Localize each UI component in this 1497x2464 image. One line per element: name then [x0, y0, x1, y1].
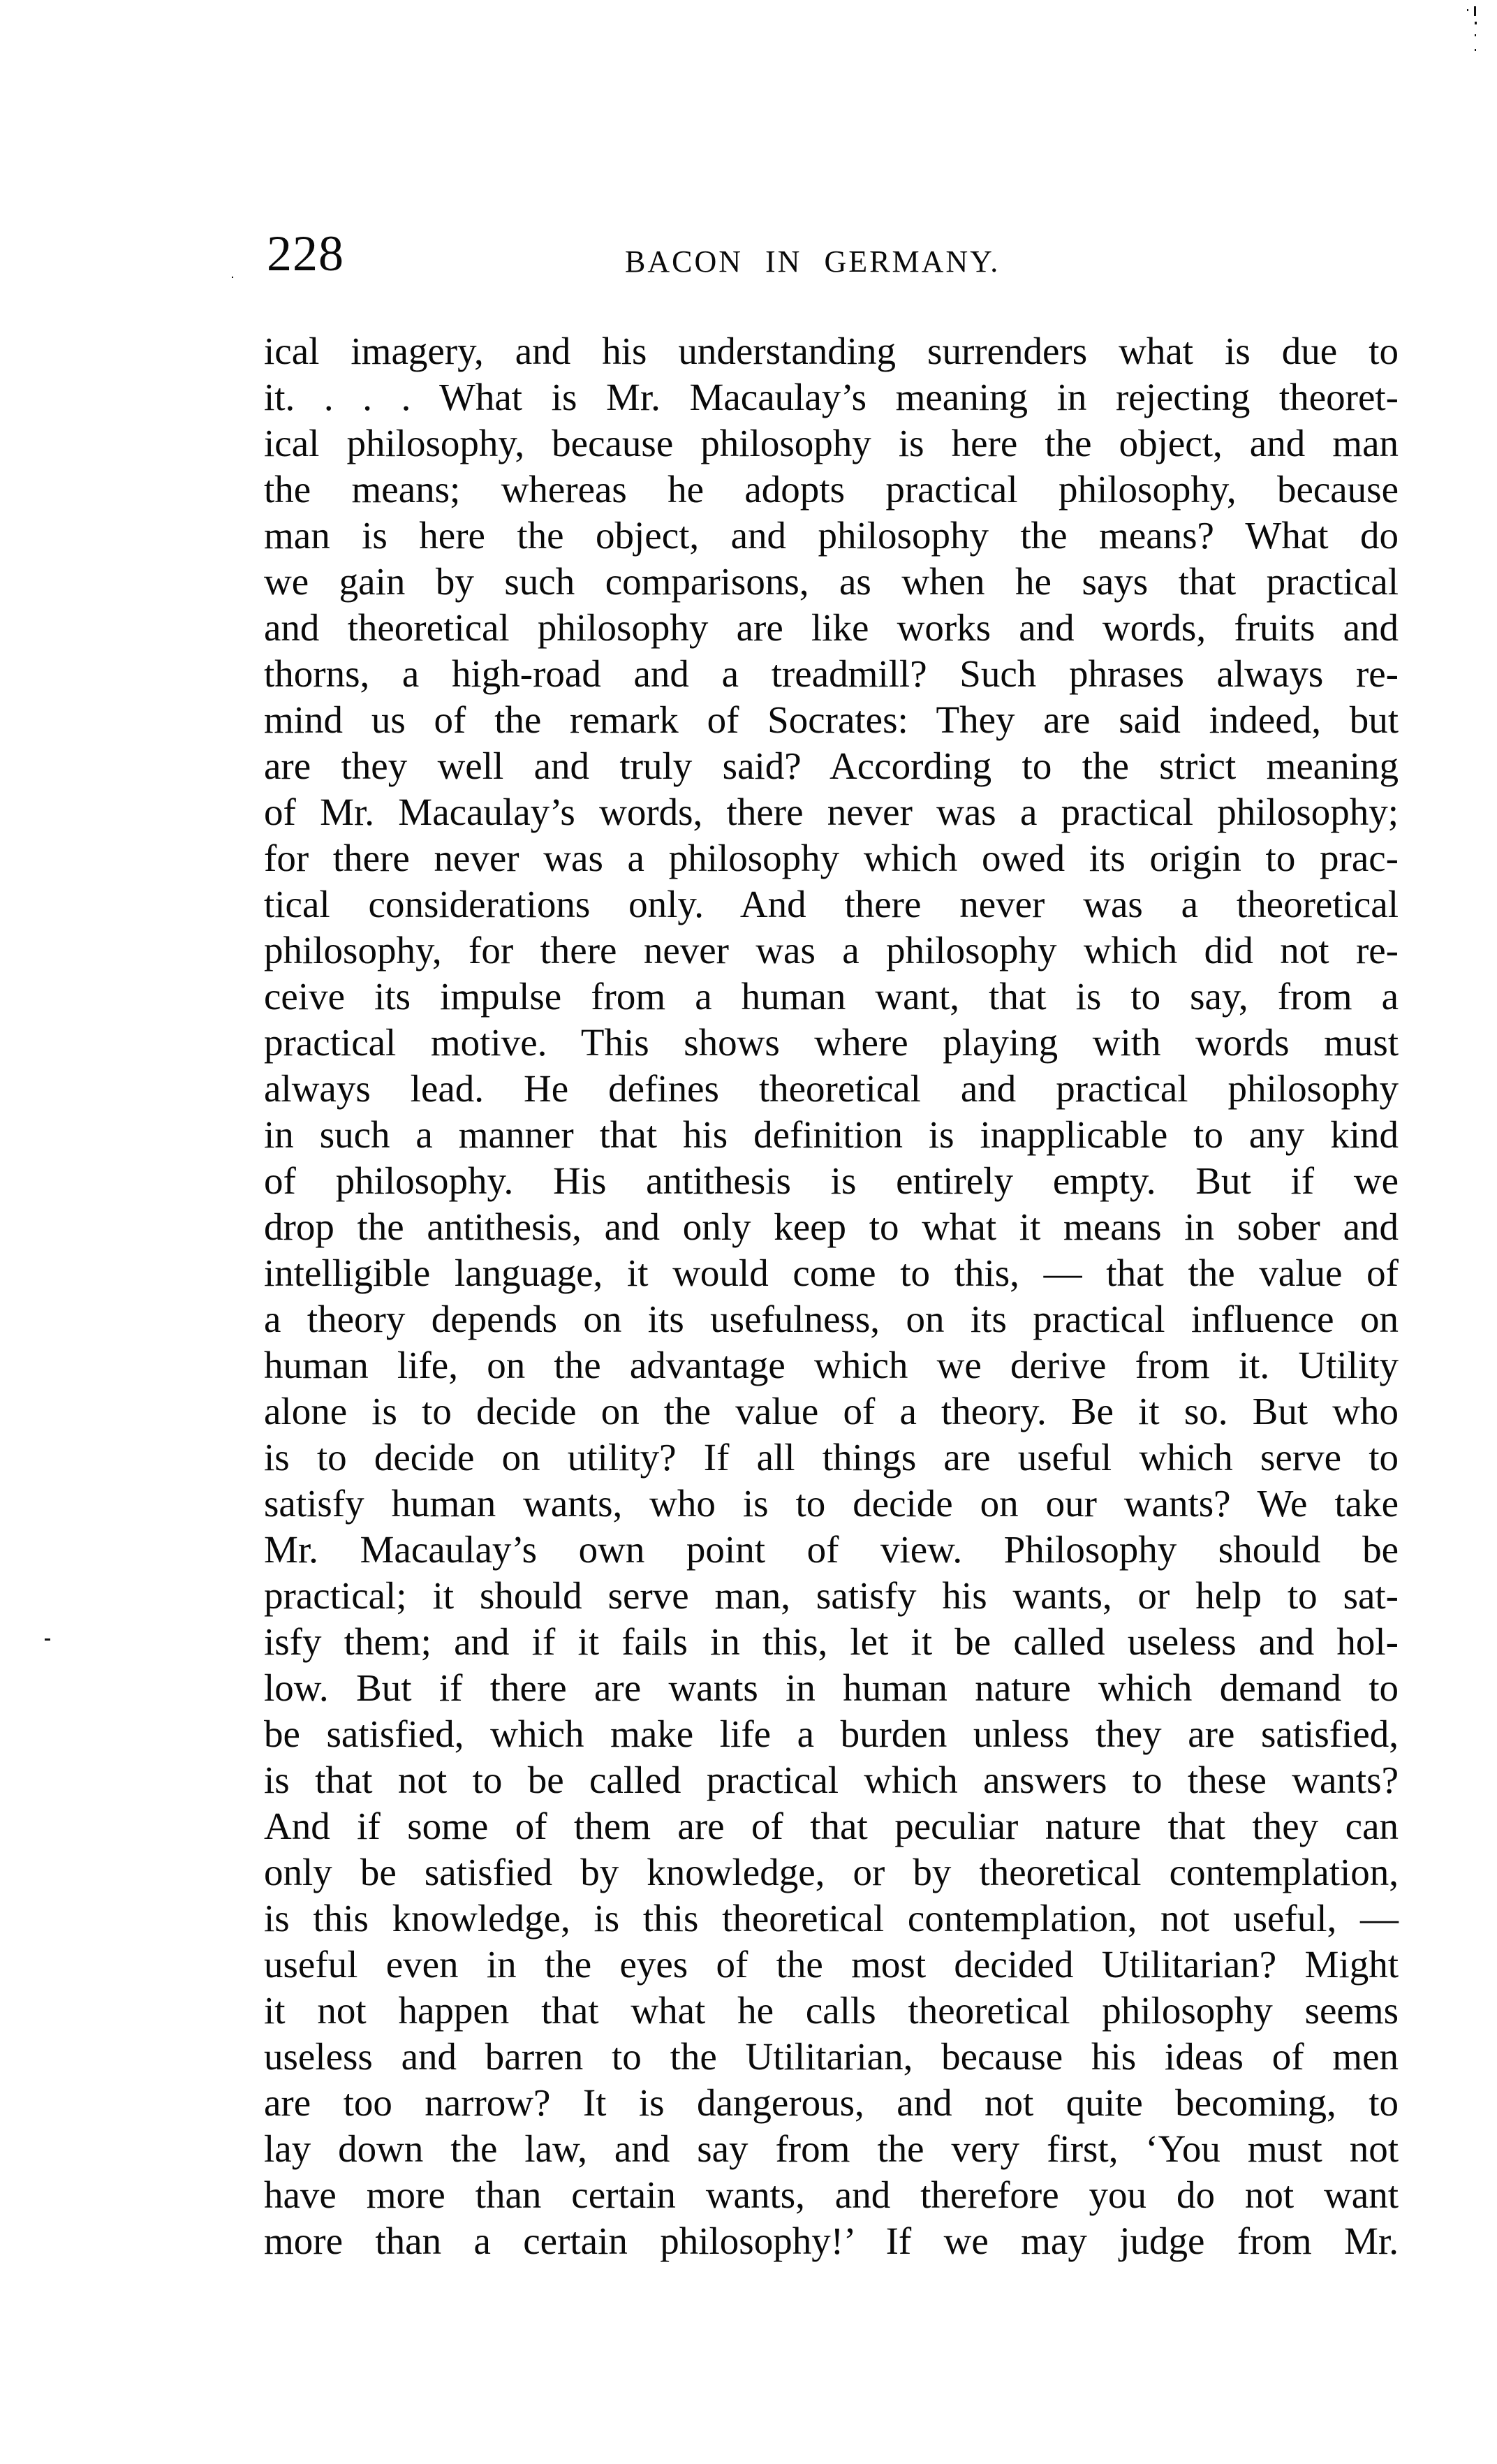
text-line: intelligible language, it would come to …	[264, 1250, 1399, 1296]
text-line: more than a certain philosophy!’ If we m…	[264, 2218, 1399, 2264]
text-line: thorns, a high-road and a treadmill? Suc…	[264, 651, 1399, 697]
text-line: ical philosophy, because philosophy is h…	[264, 420, 1399, 467]
running-head: 228 BACON IN GERMANY.	[264, 222, 1399, 285]
text-line: we gain by such comparisons, as when he …	[264, 559, 1399, 605]
text-line: practical; it should serve man, satisfy …	[264, 1573, 1399, 1619]
text-line: only be satisfied by knowledge, or by th…	[264, 1849, 1399, 1895]
text-line: man is here the object, and philosophy t…	[264, 513, 1399, 559]
text-line: it. . . . What is Mr. Macaulay’s meaning…	[264, 374, 1399, 420]
text-line: are they well and truly said? According …	[264, 743, 1399, 789]
text-line: of philosophy. His antithesis is entirel…	[264, 1158, 1399, 1204]
text-line: it not happen that what he calls theoret…	[264, 1988, 1399, 2034]
text-line: and theoretical philosophy are like work…	[264, 605, 1399, 651]
text-line: ceive its impulse from a human want, tha…	[264, 974, 1399, 1020]
text-line: useful even in the eyes of the most deci…	[264, 1942, 1399, 1988]
text-line: of Mr. Macaulay’s words, there never was…	[264, 789, 1399, 835]
text-line: be satisfied, which make life a burden u…	[264, 1711, 1399, 1757]
scan-speck	[1467, 9, 1468, 11]
text-line: satisfy human wants, who is to decide on…	[264, 1481, 1399, 1527]
text-line: is this knowledge, is this theoretical c…	[264, 1895, 1399, 1942]
text-line: a theory depends on its usefulness, on i…	[264, 1296, 1399, 1342]
running-title: BACON IN GERMANY.	[625, 230, 1000, 293]
text-line: have more than certain wants, and theref…	[264, 2172, 1399, 2218]
scan-speck	[45, 1638, 50, 1641]
text-line: the means; whereas he adopts practical p…	[264, 467, 1399, 513]
text-line: lay down the law, and say from the very …	[264, 2126, 1399, 2172]
text-line: alone is to decide on the value of a the…	[264, 1388, 1399, 1435]
text-line: human life, on the advantage which we de…	[264, 1342, 1399, 1388]
text-line: Mr. Macaulay’s own point of view. Philos…	[264, 1527, 1399, 1573]
text-line: And if some of them are of that peculiar…	[264, 1803, 1399, 1849]
scan-speck	[232, 277, 233, 278]
text-line: tical considerations only. And there nev…	[264, 881, 1399, 927]
text-line: low. But if there are wants in human nat…	[264, 1665, 1399, 1711]
book-page: 228 BACON IN GERMANY. ical imagery, and …	[0, 0, 1497, 2464]
scan-speck	[1475, 34, 1476, 36]
page-number: 228	[267, 222, 344, 285]
text-line: in such a manner that his definition is …	[264, 1112, 1399, 1158]
text-line: is that not to be called practical which…	[264, 1757, 1399, 1803]
text-line: always lead. He defines theoretical and …	[264, 1066, 1399, 1112]
text-line: are too narrow? It is dangerous, and not…	[264, 2080, 1399, 2126]
text-line: practical motive. This shows where playi…	[264, 1020, 1399, 1066]
scan-speck	[1474, 6, 1476, 16]
scan-speck	[1475, 22, 1477, 24]
text-line: philosophy, for there never was a philos…	[264, 927, 1399, 974]
text-line: isfy them; and if it fails in this, let …	[264, 1619, 1399, 1665]
text-line: is to decide on utility? If all things a…	[264, 1435, 1399, 1481]
text-line: drop the antithesis, and only keep to wh…	[264, 1204, 1399, 1250]
text-line: mind us of the remark of Socrates: They …	[264, 697, 1399, 743]
text-line: useless and barren to the Utilitarian, b…	[264, 2034, 1399, 2080]
text-line: ical imagery, and his understanding surr…	[264, 328, 1399, 374]
scan-speck	[1475, 49, 1476, 51]
body-text: ical imagery, and his understanding surr…	[264, 328, 1399, 2264]
text-line: for there never was a philosophy which o…	[264, 835, 1399, 881]
